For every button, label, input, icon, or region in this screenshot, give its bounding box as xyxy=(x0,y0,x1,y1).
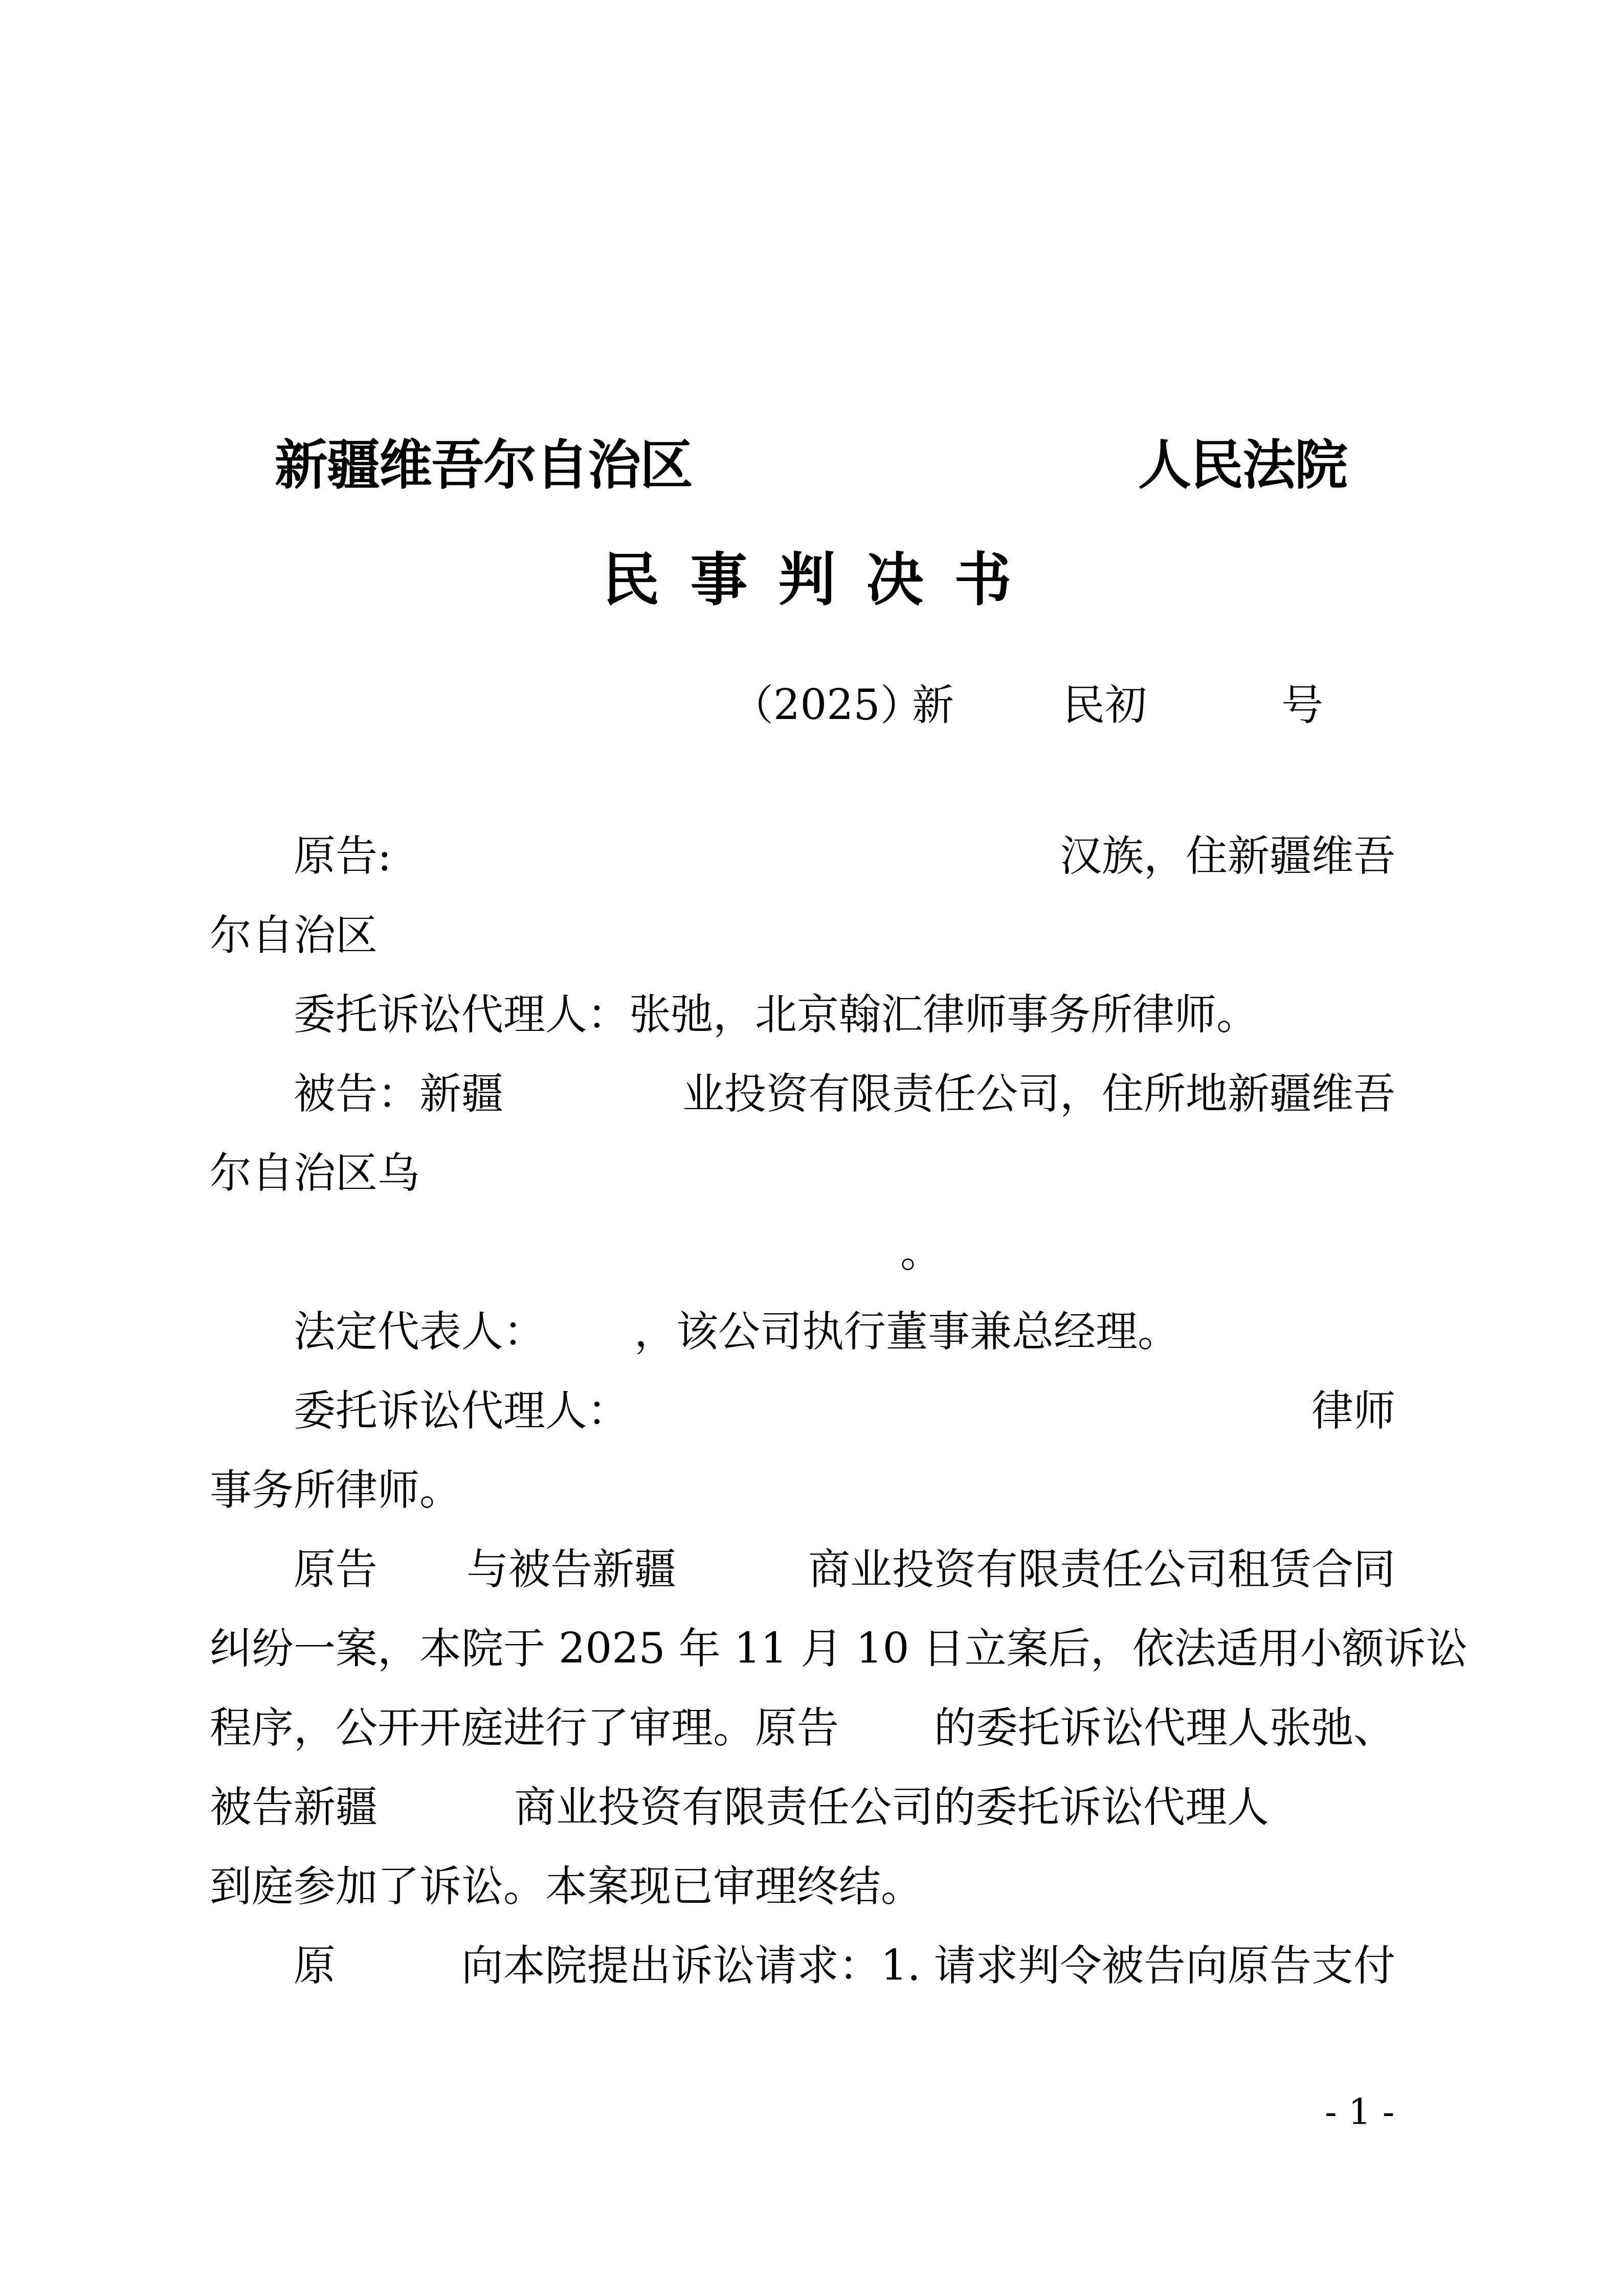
defendant-agent-cont: 事务所律师。 xyxy=(210,1465,461,1516)
court-name-suffix: 人民法院 xyxy=(1138,435,1347,496)
body-p1-l3b: 的委托诉讼代理人张弛、 xyxy=(934,1703,1395,1754)
body-p1-l3a: 程序，公开开庭进行了审理。原告 xyxy=(210,1703,839,1754)
body-p1-l4a: 被告新疆 xyxy=(210,1782,377,1833)
body-p1-l4b: 商业投资有限责任公司的委托诉讼代理人 xyxy=(514,1782,1269,1833)
case-year: （2025） xyxy=(731,680,922,731)
body-p2-l1a: 原 xyxy=(294,1941,336,1992)
defendant-agent-label: 委托诉讼代理人： xyxy=(294,1386,629,1437)
body-p1-l2: 纠纷一案，本院于 2025 年 11 月 10 日立案后，依法适用小额诉讼 xyxy=(210,1624,1468,1675)
plaintiff-label: 原告: xyxy=(294,831,392,882)
body-p1-l1a: 原告 xyxy=(294,1544,377,1595)
defendant-address: 尔自治区乌 xyxy=(210,1148,419,1199)
defendant-agent-firm: 律师 xyxy=(1311,1386,1395,1437)
body-p1-l5: 到庭参加了诉讼。本案现已审理终结。 xyxy=(210,1861,923,1912)
legal-rep-info: ，该公司执行董事兼总经理。 xyxy=(634,1307,1180,1358)
body-p2-l1b: 向本院提出诉讼请求：1. 请求判令被告向原告支付 xyxy=(461,1941,1395,1992)
case-type: 民初 xyxy=(1063,680,1147,731)
page-number: - 1 - xyxy=(1325,2089,1394,2135)
defendant-info: 业投资有限责任公司，住所地新疆维吾 xyxy=(682,1069,1395,1120)
defendant-label: 被告：新疆 xyxy=(294,1069,503,1120)
plaintiff-address: 尔自治区 xyxy=(210,910,377,961)
plaintiff-agent: 委托诉讼代理人：张弛，北京翰汇律师事务所律师。 xyxy=(294,989,1258,1041)
plaintiff-info: 汉族，住新疆维吾 xyxy=(1060,831,1395,882)
case-prefix: 新 xyxy=(912,680,954,731)
legal-rep-label: 法定代表人： xyxy=(294,1307,545,1358)
defendant-address-end: 。 xyxy=(900,1227,942,1278)
body-p1-l1b: 与被告新疆 xyxy=(466,1544,676,1595)
document-title: 民事判决书 xyxy=(0,547,1624,614)
body-p1-l1c: 商业投资有限责任公司租赁合同 xyxy=(808,1544,1395,1595)
case-suffix: 号 xyxy=(1281,680,1323,731)
court-name-prefix: 新疆维吾尔自治区 xyxy=(275,435,692,496)
